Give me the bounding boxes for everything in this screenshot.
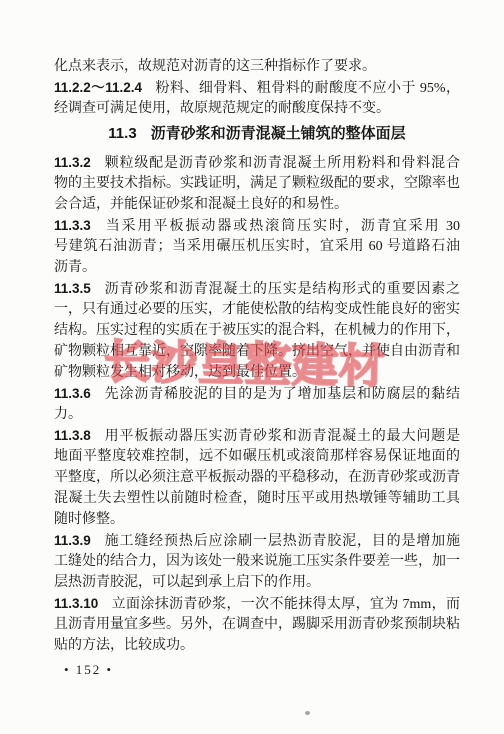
clause-11-3-8-line: 地面平整度较难控制，远不如碾压机或滚筒那样容易保证地面的 <box>54 446 460 467</box>
clause-11-3-3-first-line: 11.3.3当采用平板振动器或热滚筒压实时，沥青宜采用 30 <box>54 215 460 236</box>
clause-11-3-8-line: 随时修整。 <box>54 509 460 530</box>
clause-11-3-8-line: 平整度，所以必须注意平板振动器的平稳移动，在沥青砂浆或沥青 <box>54 467 460 488</box>
clause-11-3-6-line: 力。 <box>54 404 460 425</box>
clause-11-3-10-line: 且沥青用量宜多些。另外，在调查中，踢脚采用沥青砂浆预制块粘 <box>54 614 460 635</box>
section-heading-number: 11.3 <box>108 125 136 142</box>
clause-11-3-5-line: 矿物颗粒相互靠近，空隙率随着下降。挤出空气，并使自由沥青和 <box>54 341 460 362</box>
clause-number: 11.3.3 <box>54 218 91 233</box>
clause-11-3-8-first-line: 11.3.8用平板振动器压实沥青砂浆和沥青混凝土的最大问题是 <box>54 425 460 446</box>
clause-11-3-5-line: 结构。压实过程的实质在于被压实的混合料，在机械力的作用下， <box>54 320 460 341</box>
clause-11-3-3-line: 沥青。 <box>54 257 460 278</box>
clause-11-3-5-line: 矿物颗粒发生相对移动，达到最佳位置。 <box>54 362 460 383</box>
clause-11-3-2-line: 物的主要技术指标。实践证明，满足了颗粒级配的要求，空隙率也 <box>54 173 460 194</box>
clause-11-3-6-first-line: 11.3.6先涂沥青稀胶泥的目的是为了增加基层和防腐层的黏结 <box>54 383 460 404</box>
clause-11-3-2-line: 会合适，并能保证砂浆和混凝土良好的和易性。 <box>54 194 460 215</box>
clause-number: 11.3.8 <box>54 428 91 443</box>
clause-11-3-9-line: 层热沥青胶泥，可以起到承上启下的作用。 <box>54 572 460 593</box>
clause-text: 当采用平板振动器或热滚筒压实时，沥青宜采用 30 <box>104 219 460 234</box>
clause-11-3-2-first-line: 11.3.2颗粒级配是沥青砂浆和沥青混凝土所用粉料和骨料混合 <box>54 152 460 173</box>
clause-11-3-10-line: 贴的方法，比较成功。 <box>54 635 460 656</box>
clause-11-3-9-line: 工缝处的结合力，因为该处一般来说施工压实条件要差一些，加一 <box>54 551 460 572</box>
clause-number: 11.2.2～11.2.4 <box>54 80 142 95</box>
clause-11-3-8-line: 混凝土失去塑性以前随时检查，随时压平或用热墩锤等辅助工具 <box>54 488 460 509</box>
clause-11-3-5-first-line: 11.3.5沥青砂浆和沥青混凝土的压实是结构形式的重要因素之 <box>54 278 460 299</box>
clause-11-3-9-first-line: 11.3.9施工缝经预热后应涂刷一层热沥青胶泥，目的是增加施 <box>54 530 460 551</box>
clause-11-2-2-first-line: 11.2.2～11.2.4粉料、细骨料、粗骨料的耐酸度不应小于 95%， <box>54 77 460 98</box>
section-heading-title: 沥青砂浆和沥青混凝土铺筑的整体面层 <box>151 125 406 142</box>
clause-11-2-2-line: 经调查可满足使用，故原规范规定的耐酸度保持不变。 <box>54 98 460 119</box>
clause-text: 粉料、细骨料、粗骨料的耐酸度不应小于 95%， <box>155 81 460 96</box>
clause-number: 11.3.9 <box>54 533 91 548</box>
intro-continuation-line: 化点来表示，故规范对沥青的这三种指标作了要求。 <box>54 56 460 77</box>
clause-11-3-3-line: 号建筑石油沥青；当采用碾压机压实时，宜采用 60 号道路石油 <box>54 236 460 257</box>
clause-11-3-10-first-line: 11.3.10立面涂抹沥青砂浆，一次不能抹得太厚，宜为 7mm，而 <box>54 593 460 614</box>
print-artifact-dot <box>305 711 310 715</box>
clause-number: 11.3.5 <box>54 281 91 296</box>
clause-text: 沥青砂浆和沥青混凝土的压实是结构形式的重要因素之 <box>104 282 460 297</box>
document-page: 化点来表示，故规范对沥青的这三种指标作了要求。 11.2.2～11.2.4粉料、… <box>0 0 504 734</box>
clause-text: 施工缝经预热后应涂刷一层热沥青胶泥，目的是增加施 <box>104 534 460 549</box>
body-text-block: 化点来表示，故规范对沥青的这三种指标作了要求。 11.2.2～11.2.4粉料、… <box>54 56 460 656</box>
clause-text: 立面涂抹沥青砂浆，一次不能抹得太厚，宜为 7mm，而 <box>111 597 460 612</box>
clause-number: 11.3.6 <box>54 386 91 401</box>
clause-11-3-5-line: 一，只有通过必要的压实，才能使松散的结构变成性能良好的密实 <box>54 299 460 320</box>
clause-text: 先涂沥青稀胶泥的目的是为了增加基层和防腐层的黏结 <box>104 387 460 402</box>
clause-text: 用平板振动器压实沥青砂浆和沥青混凝土的最大问题是 <box>104 429 460 444</box>
section-heading: 11.3沥青砂浆和沥青混凝土铺筑的整体面层 <box>54 123 460 144</box>
clause-number: 11.3.2 <box>54 155 91 170</box>
page-number: • 152 • <box>64 662 113 678</box>
clause-text: 颗粒级配是沥青砂浆和沥青混凝土所用粉料和骨料混合 <box>104 156 460 171</box>
clause-number: 11.3.10 <box>54 596 98 611</box>
